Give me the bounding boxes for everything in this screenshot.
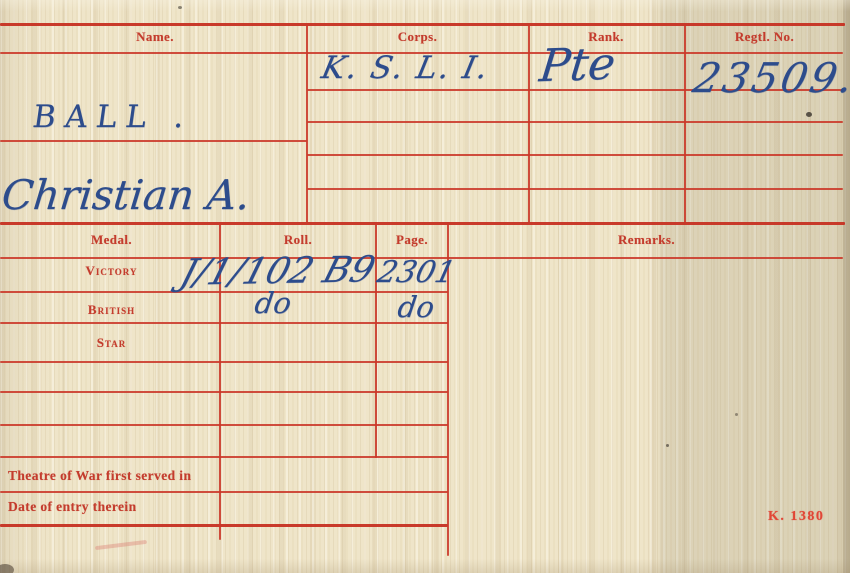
date-of-entry-label: Date of entry therein xyxy=(8,499,238,515)
medal-row-star: Star xyxy=(3,335,220,351)
medal-column-header: Medal. xyxy=(3,232,220,248)
grid-line xyxy=(0,491,448,493)
grid-line xyxy=(307,188,843,190)
page-column-header: Page. xyxy=(376,232,448,248)
regtl-no-value-handwritten: 23509. xyxy=(690,58,850,99)
medal-row-british: British xyxy=(3,302,220,318)
grid-line xyxy=(0,361,448,363)
remarks-column-header: Remarks. xyxy=(448,232,845,248)
grid-rule-rank-regtl xyxy=(684,24,686,223)
medal-index-card: Name. Corps. Rank. Regtl. No. Medal. Rol… xyxy=(0,0,850,573)
paper-speck xyxy=(178,6,182,9)
page-value-handwritten: 2301 xyxy=(374,258,458,288)
roll-column-header: Roll. xyxy=(220,232,376,248)
grid-line-bottom-border xyxy=(0,524,448,527)
corps-column-header: Corps. xyxy=(307,29,528,45)
grid-rule-name-corps xyxy=(306,24,308,223)
grid-line xyxy=(0,322,448,324)
grid-rule-corps-rank xyxy=(528,24,530,223)
christian-name-handwritten: Christian A. xyxy=(0,175,252,216)
surname-handwritten: BALL . xyxy=(31,102,195,133)
paper-corner-stain xyxy=(0,564,14,573)
form-number-stamp: K. 1380 xyxy=(768,509,824,525)
grid-line xyxy=(0,456,448,458)
paper-speck xyxy=(666,444,669,447)
name-column-header: Name. xyxy=(3,29,307,45)
corps-value-handwritten: K. S. L. I. xyxy=(319,53,493,84)
regtl-no-column-header: Regtl. No. xyxy=(684,29,845,45)
grid-line xyxy=(0,424,448,426)
page-ditto-handwritten: do xyxy=(396,293,436,322)
grid-line-section-divider xyxy=(0,222,845,225)
grid-line xyxy=(307,121,843,123)
paper-speck xyxy=(806,112,812,117)
paper-smudge-pink xyxy=(95,540,147,550)
grid-line xyxy=(0,391,448,393)
paper-speck xyxy=(735,413,738,416)
theatre-of-war-label: Theatre of War first served in xyxy=(8,468,238,484)
rank-value-handwritten: Pte xyxy=(537,41,617,89)
grid-line-top-border xyxy=(0,23,845,26)
roll-ditto-handwritten: do xyxy=(253,289,293,318)
grid-line xyxy=(307,154,843,156)
grid-line xyxy=(0,140,307,142)
